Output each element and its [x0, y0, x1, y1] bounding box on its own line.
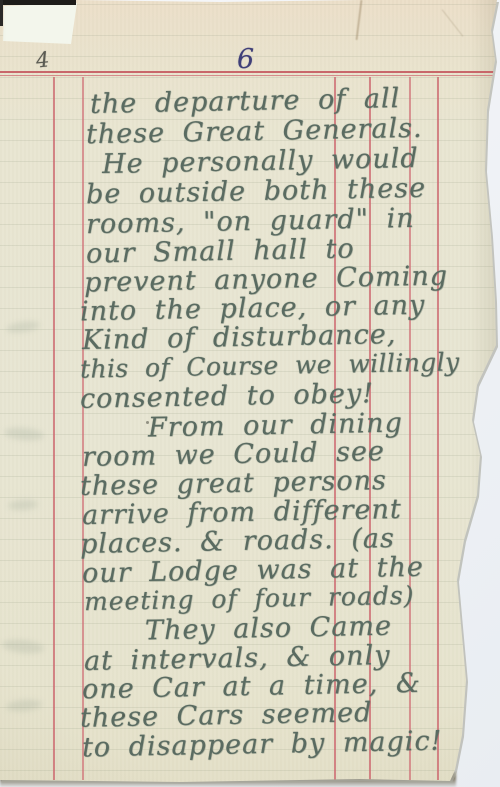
torn-corner-dark-edge	[0, 0, 3, 26]
red-vertical-rule-1	[53, 77, 55, 780]
scan-background: 4 6 the departure of all these Great Gen…	[0, 0, 500, 787]
red-vertical-rule-6	[437, 77, 439, 780]
paper-fleck	[146, 421, 149, 424]
red-head-rule-bottom	[0, 75, 500, 76]
page-number: 6	[237, 44, 254, 75]
paper-sheet: 4 6 the departure of all these Great Gen…	[0, 0, 500, 787]
pencil-page-mark: 4	[35, 47, 51, 72]
paper-fleck	[122, 714, 125, 717]
torn-corner-dark-strip	[0, 0, 76, 5]
torn-edge-tint	[470, 0, 500, 787]
